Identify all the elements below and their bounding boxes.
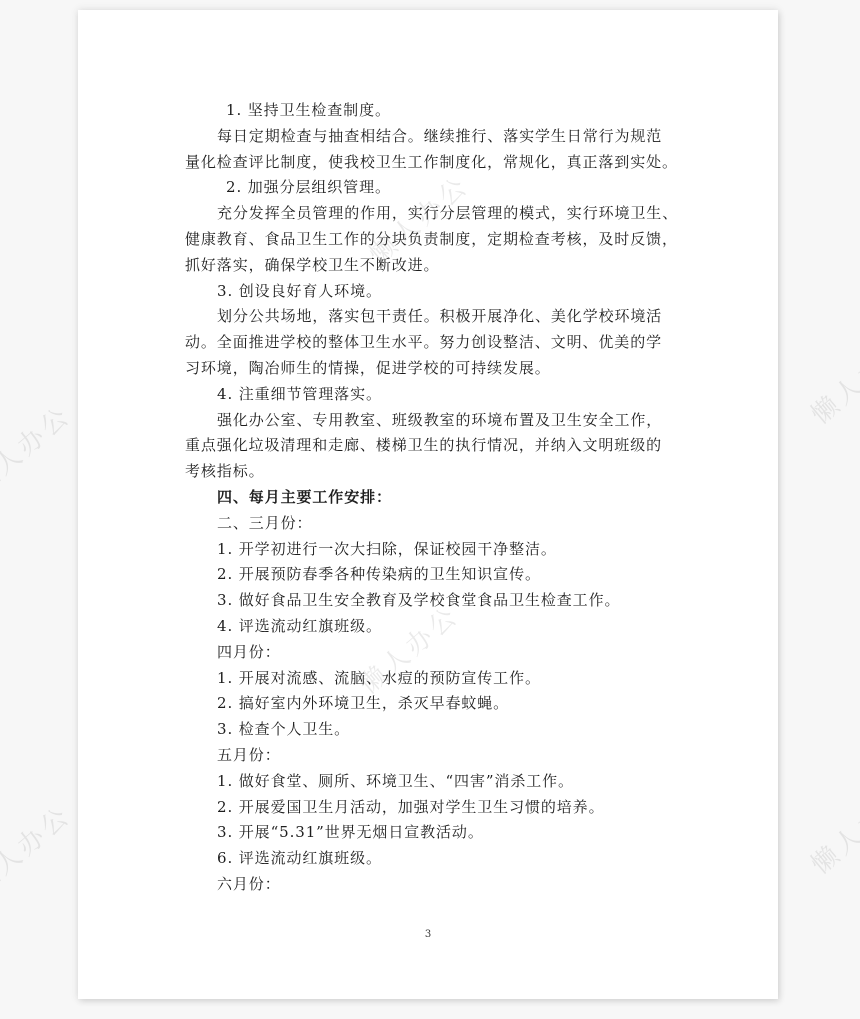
watermark-left-lower: 懒人办公 [0,796,78,901]
document-viewer: 懒人办公 懒人办公 懒人办公 懒人办公 懒人办公 懒人办公 1. 坚持卫生检查制… [0,0,860,1019]
month-heading-may: 五月份： [185,743,673,769]
month-heading-feb-mar: 二、三月份： [185,511,673,537]
paragraph-line: 划分公共场地，落实包干责任。积极开展净化、美化学校环境活 [185,304,673,330]
document-page: 懒人办公 懒人办公 1. 坚持卫生检查制度。 每日定期检查与抽查相结合。继续推行… [78,10,778,999]
paragraph-line: 强化办公室、专用教室、班级教室的环境布置及卫生安全工作， [185,408,673,434]
list-item: 2. 开展爱国卫生月活动，加强对学生卫生习惯的培养。 [185,795,673,821]
subheading-inspection-system: 1. 坚持卫生检查制度。 [185,98,673,124]
list-item: 2. 搞好室内外环境卫生，杀灭早春蚊蝇。 [185,691,673,717]
list-item: 2. 开展预防春季各种传染病的卫生知识宣传。 [185,562,673,588]
paragraph-line: 重点强化垃圾清理和走廊、楼梯卫生的执行情况，并纳入文明班级的 [185,433,673,459]
paragraph-line: 每日定期检查与抽查相结合。继续推行、落实学生日常行为规范 [185,124,673,150]
paragraph-line: 动。全面推进学校的整体卫生水平。努力创设整洁、文明、优美的学 [185,330,673,356]
list-item: 1. 做好食堂、厕所、环境卫生、“四害”消杀工作。 [185,769,673,795]
list-item: 4. 评选流动红旗班级。 [185,614,673,640]
subheading-layered-management: 2. 加强分层组织管理。 [185,175,673,201]
month-heading-april: 四月份： [185,640,673,666]
watermark-right-upper: 懒人办公 [802,326,860,431]
paragraph-line: 量化检查评比制度，使我校卫生工作制度化，常规化，真正落到实处。 [185,150,673,176]
paragraph-line: 充分发挥全员管理的作用，实行分层管理的模式，实行环境卫生、 [185,201,673,227]
watermark-left-upper: 懒人办公 [0,396,78,501]
list-item: 1. 开展对流感、流脑、水痘的预防宣传工作。 [185,666,673,692]
page-number: 3 [78,929,778,940]
watermark-right-lower: 懒人办公 [802,776,860,881]
paragraph-line: 抓好落实，确保学校卫生不断改进。 [185,253,673,279]
paragraph-line: 考核指标。 [185,459,673,485]
month-heading-june: 六月份： [185,872,673,898]
subheading-environment: 3. 创设良好育人环境。 [185,279,673,305]
list-item: 1. 开学初进行一次大扫除，保证校园干净整洁。 [185,537,673,563]
page-body-text: 1. 坚持卫生检查制度。 每日定期检查与抽查相结合。继续推行、落实学生日常行为规… [185,98,673,898]
section-heading-monthly-plan: 四、每月主要工作安排： [185,485,673,511]
list-item: 3. 做好食品卫生安全教育及学校食堂食品卫生检查工作。 [185,588,673,614]
list-item: 6. 评选流动红旗班级。 [185,846,673,872]
paragraph-line: 健康教育、食品卫生工作的分块负责制度，定期检查考核，及时反馈， [185,227,673,253]
paragraph-line: 习环境，陶冶师生的情操，促进学校的可持续发展。 [185,356,673,382]
list-item: 3. 开展“5.31”世界无烟日宣教活动。 [185,820,673,846]
list-item: 3. 检查个人卫生。 [185,717,673,743]
subheading-detail-management: 4. 注重细节管理落实。 [185,382,673,408]
